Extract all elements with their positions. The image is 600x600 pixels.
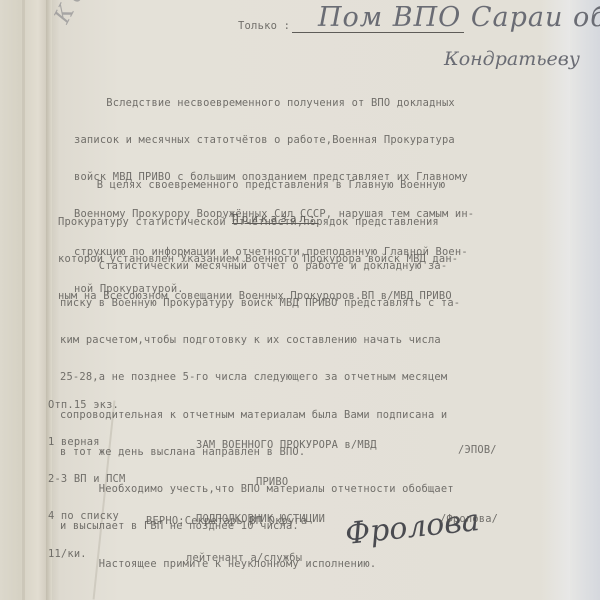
signatory-title-line: ЗАМ ВОЕННОГО ПРОКУРОРА в/МВД: [196, 439, 377, 451]
certification-line: ВЕРНО:Секретарь ВП Округа: [146, 515, 307, 527]
text-line: Вследствие несвоевременного получения от…: [74, 97, 474, 109]
distribution-list: Отп.15 экз. 1 верная 2-3 ВП и ПСМ 4 по с…: [48, 374, 125, 573]
signatory-title-line: ПРИВО: [196, 476, 377, 488]
text-line: Статистический месячный отчет о работе и…: [60, 260, 460, 272]
text-line: писку в Военную Прокуратуру войск МВД ПР…: [60, 297, 460, 309]
certification-line: лейтенант а/службы: [146, 552, 307, 564]
distribution-line: 2-3 ВП и ПСМ: [48, 473, 125, 485]
text-line: записок и месячных статотчётов о работе,…: [74, 134, 474, 146]
distribution-line: 1 верная: [48, 436, 125, 448]
distribution-line: 11/ки.: [48, 548, 125, 560]
addressee-handwritten-2: Кондратьеву: [444, 48, 580, 70]
text-line: В целях своевременного представления в Г…: [58, 179, 458, 191]
order-heading: Приказал:: [232, 212, 319, 225]
text-line: ким расчетом,чтобы подготовку к их соста…: [60, 334, 460, 346]
paper-fold-line: [22, 0, 25, 600]
distribution-line: 4 по списку: [48, 510, 125, 522]
addressee-handwritten: Пом ВПО Сараи об: [318, 2, 600, 33]
certifier-name: /Фролова/: [440, 513, 498, 525]
signatory-name: /ЭПОВ/: [458, 444, 497, 456]
certification-block: ВЕРНО:Секретарь ВП Округа лейтенант а/сл…: [146, 490, 307, 577]
addressee-label: Только :: [238, 20, 290, 32]
background-surface: [570, 0, 600, 600]
distribution-line: Отп.15 экз.: [48, 399, 125, 411]
